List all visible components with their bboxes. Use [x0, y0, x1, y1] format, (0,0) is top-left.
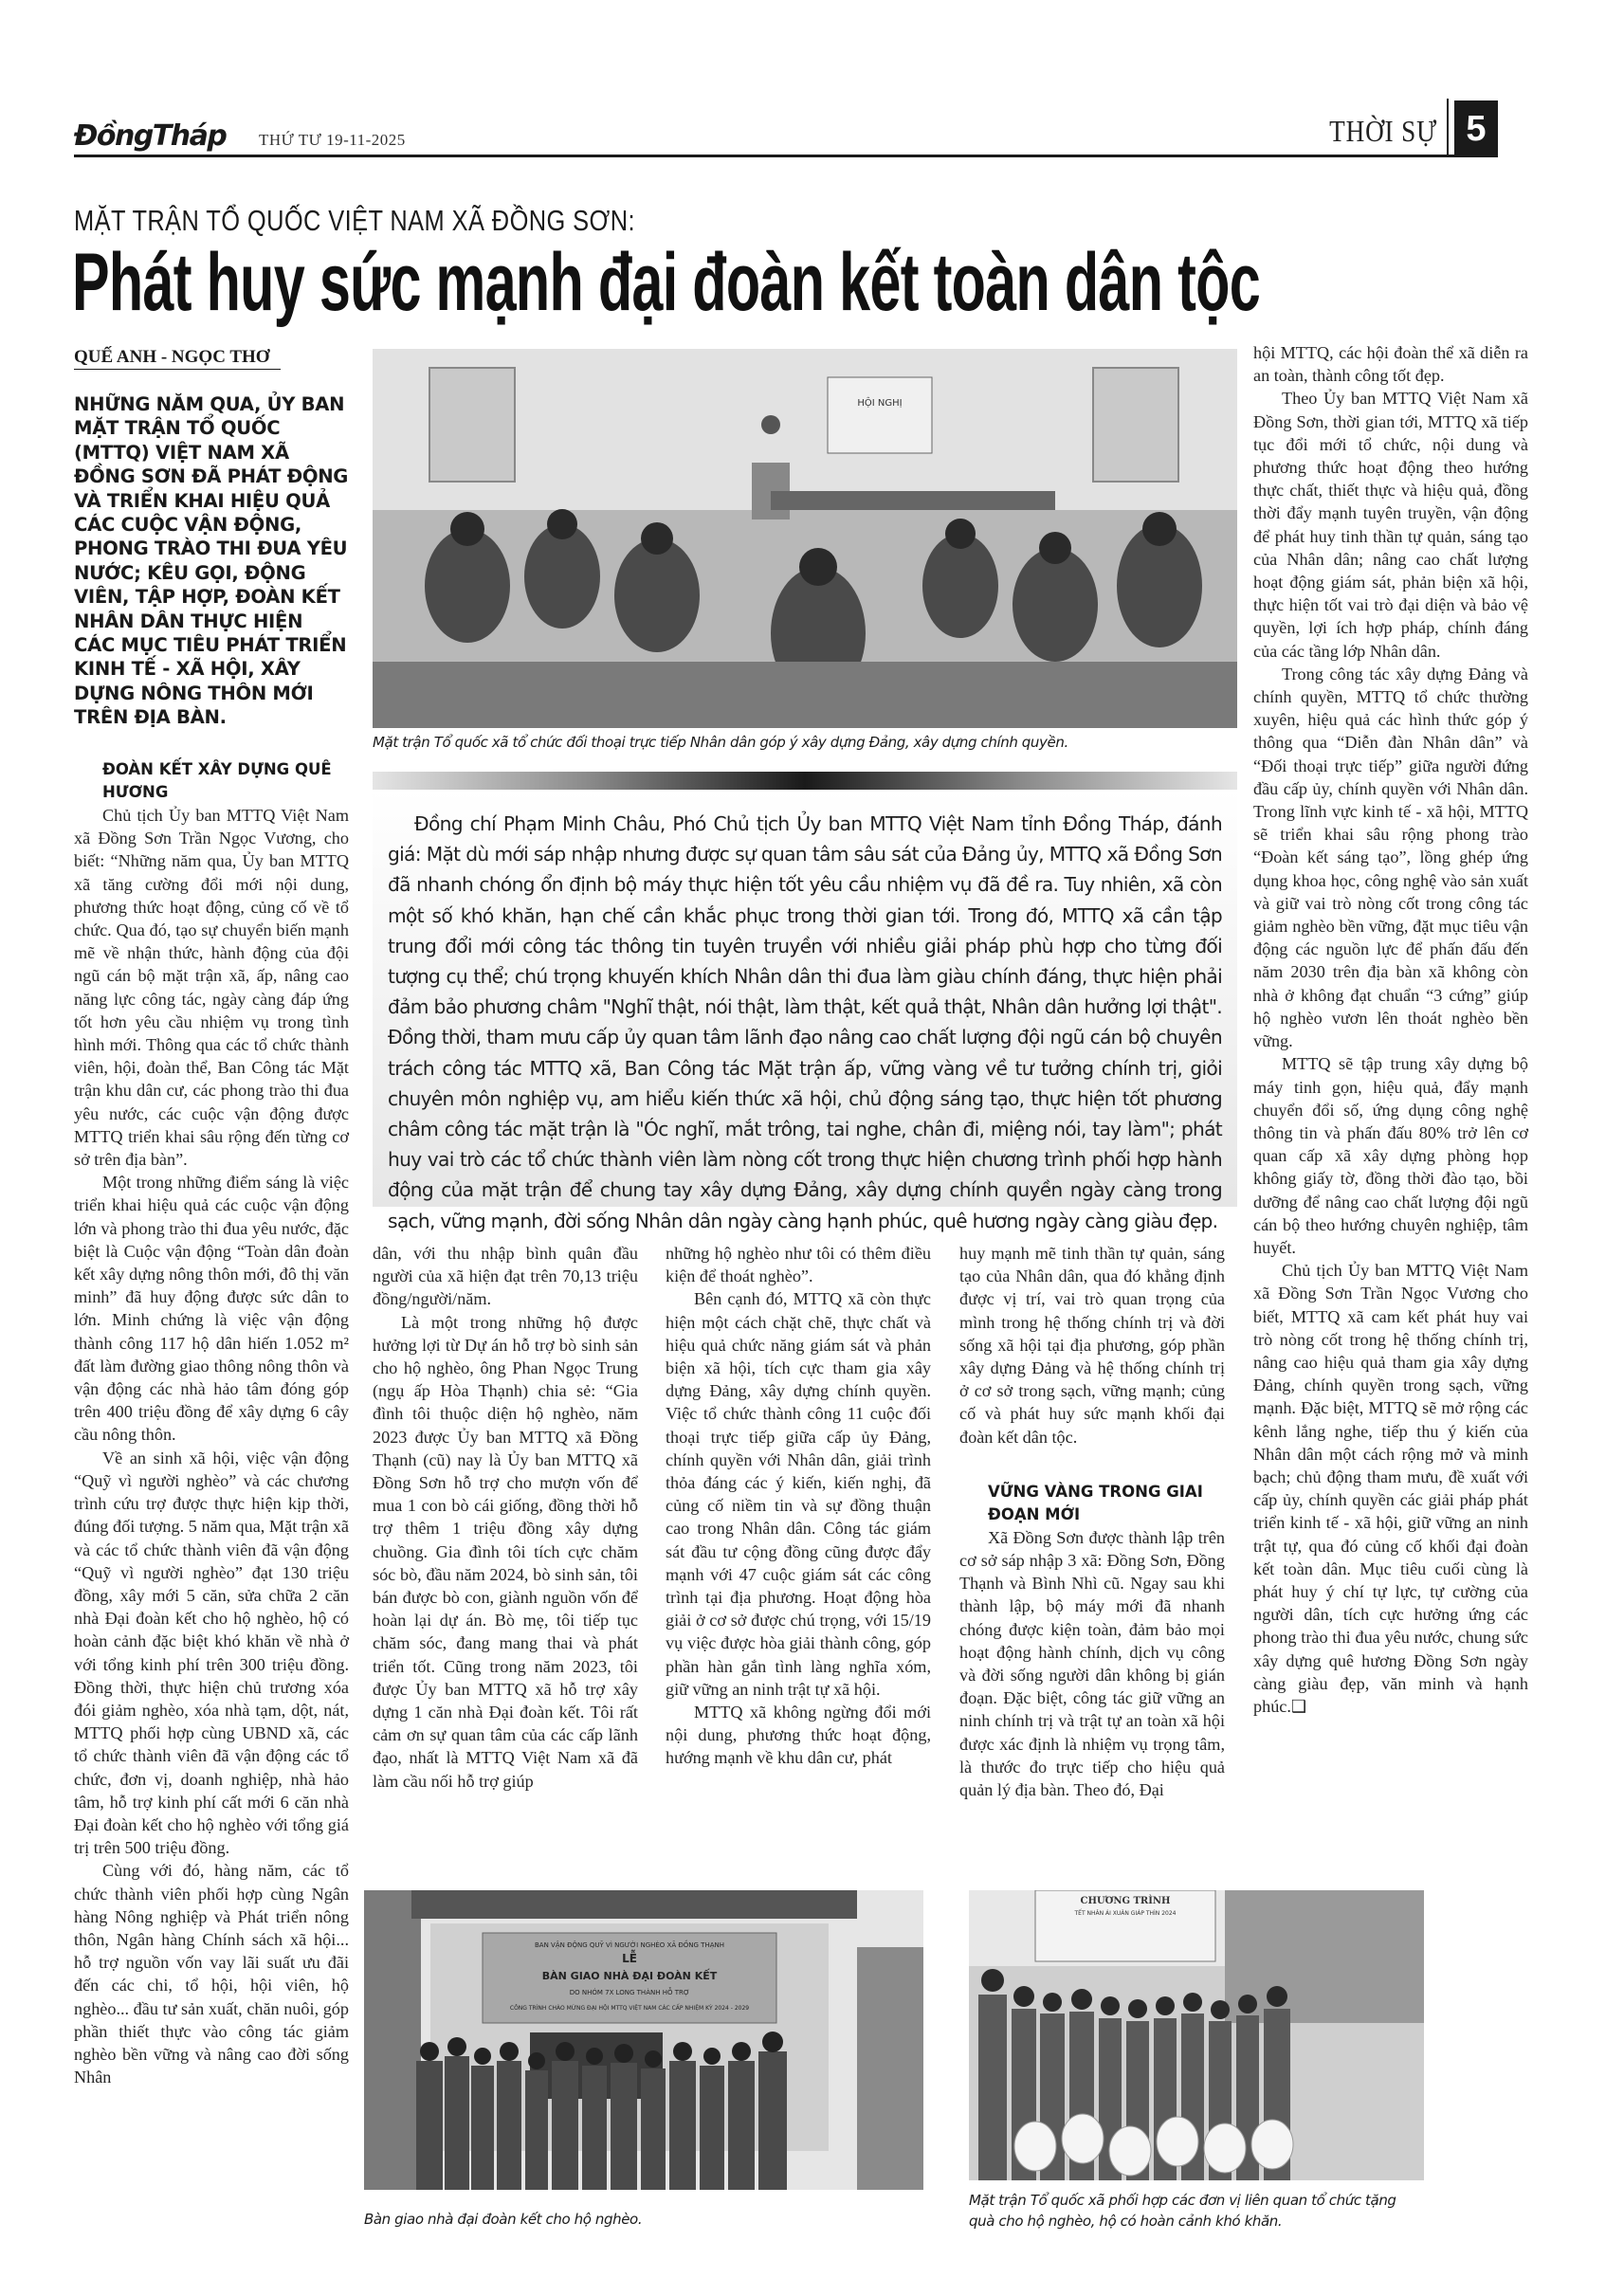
subhead: VỮNG VÀNG TRONG GIAI ĐOẠN MỚI [959, 1481, 1225, 1526]
paragraph: Một trong những điểm sáng là việc triển … [74, 1171, 349, 1446]
section-divider [1447, 99, 1449, 157]
paragraph: Cùng với đó, hàng năm, các tổ chức thành… [74, 1859, 349, 2088]
paragraph: huy mạnh mẽ tinh thần tự quản, sáng tạo … [959, 1242, 1225, 1449]
svg-text:LỄ: LỄ [622, 1950, 637, 1965]
paragraph: Chủ tịch Ủy ban MTTQ Việt Nam xã Đồng Sơ… [1253, 1259, 1528, 1718]
article-headline: Phát huy sức mạnh đại đoàn kết toàn dân … [72, 235, 1260, 330]
column-1: ĐOÀN KẾT XÂY DỰNG QUÊ HƯƠNG Chủ tịch Ủy … [74, 758, 349, 2088]
paragraph: MTTQ xã không ngừng đổi mới nội dung, ph… [666, 1701, 931, 1770]
subhead: ĐOÀN KẾT XÂY DỰNG QUÊ HƯƠNG [74, 758, 349, 804]
paragraph: hội MTTQ, các hội đoàn thể xã diễn ra an… [1253, 341, 1528, 387]
paragraph: Trong công tác xây dựng Đảng và chính qu… [1253, 663, 1528, 1052]
photo-meeting: HỘI NGHỊ [373, 349, 1237, 728]
svg-text:CHƯƠNG TRÌNH: CHƯƠNG TRÌNH [1080, 1895, 1170, 1906]
svg-text:TẾT NHÂN ÁI XUÂN GIÁP THÌN 202: TẾT NHÂN ÁI XUÂN GIÁP THÌN 2024 [1074, 1909, 1177, 1917]
gift-giving-photo-image: CHƯƠNG TRÌNH TẾT NHÂN ÁI XUÂN GIÁP THÌN … [969, 1890, 1424, 2180]
masthead: ĐồngTháp THỨ TƯ 19-11-2025 THỜI SỰ 5 [74, 114, 1498, 157]
paragraph: Bên cạnh đó, MTTQ xã còn thực hiện một c… [666, 1287, 931, 1701]
paragraph: dân, với thu nhập bình quân đầu người củ… [373, 1242, 638, 1311]
quote-box: Đồng chí Phạm Minh Châu, Phó Chủ tịch Ủy… [373, 790, 1237, 1207]
quote-text: Đồng chí Phạm Minh Châu, Phó Chủ tịch Ủy… [388, 809, 1222, 1236]
paragraph: Về an sinh xã hội, việc vận động “Quỹ vì… [74, 1447, 349, 1860]
svg-text:CÔNG TRÌNH CHÀO MỪNG ĐẠI HỘI M: CÔNG TRÌNH CHÀO MỪNG ĐẠI HỘI MTTQ VIỆT N… [510, 2004, 749, 2012]
quote-divider [373, 772, 1237, 790]
article-lead: NHỮNG NĂM QUA, ỦY BAN MẶT TRẬN TỔ QUỐC (… [74, 392, 349, 730]
svg-text:BAN VẬN ĐỘNG QUỸ VÌ NGƯỜI NGHÈ: BAN VẬN ĐỘNG QUỸ VÌ NGƯỜI NGHÈO XÃ ĐỒNG … [535, 1940, 724, 1949]
meeting-photo-image: HỘI NGHỊ [373, 349, 1237, 728]
column-3: những hộ nghèo như tôi có thêm điều kiện… [666, 1242, 931, 1770]
byline: QUẾ ANH - NGỌC THƠ [74, 347, 281, 370]
paragraph: MTTQ sẽ tập trung xây dựng bộ máy tinh g… [1253, 1052, 1528, 1259]
article-kicker: MẶT TRẬN TỔ QUỐC VIỆT NAM XÃ ĐỒNG SƠN: [74, 204, 635, 238]
paragraph: Chủ tịch Ủy ban MTTQ Việt Nam xã Đồng Sơ… [74, 804, 349, 1171]
svg-text:BÀN GIAO NHÀ ĐẠI ĐOÀN KẾT: BÀN GIAO NHÀ ĐẠI ĐOÀN KẾT [542, 1968, 718, 1982]
column-4: huy mạnh mẽ tinh thần tự quản, sáng tạo … [959, 1242, 1225, 1801]
photo-gift-giving: CHƯƠNG TRÌNH TẾT NHÂN ÁI XUÂN GIÁP THÌN … [969, 1890, 1424, 2180]
section-name: THỜI SỰ [1329, 114, 1437, 149]
column-5: hội MTTQ, các hội đoàn thể xã diễn ra an… [1253, 341, 1528, 1718]
end-mark-icon: ❑ [1291, 1697, 1306, 1716]
photo-caption: Mặt trận Tổ quốc xã phối hợp các đơn vị … [969, 2190, 1424, 2232]
paragraph-text: Chủ tịch Ủy ban MTTQ Việt Nam xã Đồng Sơ… [1253, 1261, 1528, 1716]
issue-date: THỨ TƯ 19-11-2025 [259, 131, 406, 150]
photo-caption: Bàn giao nhà đại đoàn kết cho hộ nghèo. [364, 2209, 895, 2230]
paragraph: Theo Ủy ban MTTQ Việt Nam xã Đồng Sơn, t… [1253, 387, 1528, 662]
paragraph: Là một trong những hộ được hưởng lợi từ … [373, 1311, 638, 1793]
newspaper-logo: ĐồngTháp [74, 119, 226, 153]
house-handover-photo-image: BAN VẬN ĐỘNG QUỸ VÌ NGƯỜI NGHÈO XÃ ĐỒNG … [364, 1890, 923, 2190]
page-number: 5 [1454, 100, 1498, 157]
photo-caption: Mặt trận Tổ quốc xã tổ chức đối thoại tr… [373, 732, 1237, 753]
svg-text:HỘI NGHỊ: HỘI NGHỊ [857, 396, 902, 409]
paragraph: Xã Đồng Sơn được thành lập trên cơ sở sá… [959, 1526, 1225, 1801]
photo-house-handover: BAN VẬN ĐỘNG QUỸ VÌ NGƯỜI NGHÈO XÃ ĐỒNG … [364, 1890, 923, 2190]
column-2: dân, với thu nhập bình quân đầu người củ… [373, 1242, 638, 1793]
paragraph: những hộ nghèo như tôi có thêm điều kiện… [666, 1242, 931, 1287]
svg-text:DO NHÓM 7X LONG THÀNH HỖ TRỢ: DO NHÓM 7X LONG THÀNH HỖ TRỢ [570, 1987, 690, 1996]
